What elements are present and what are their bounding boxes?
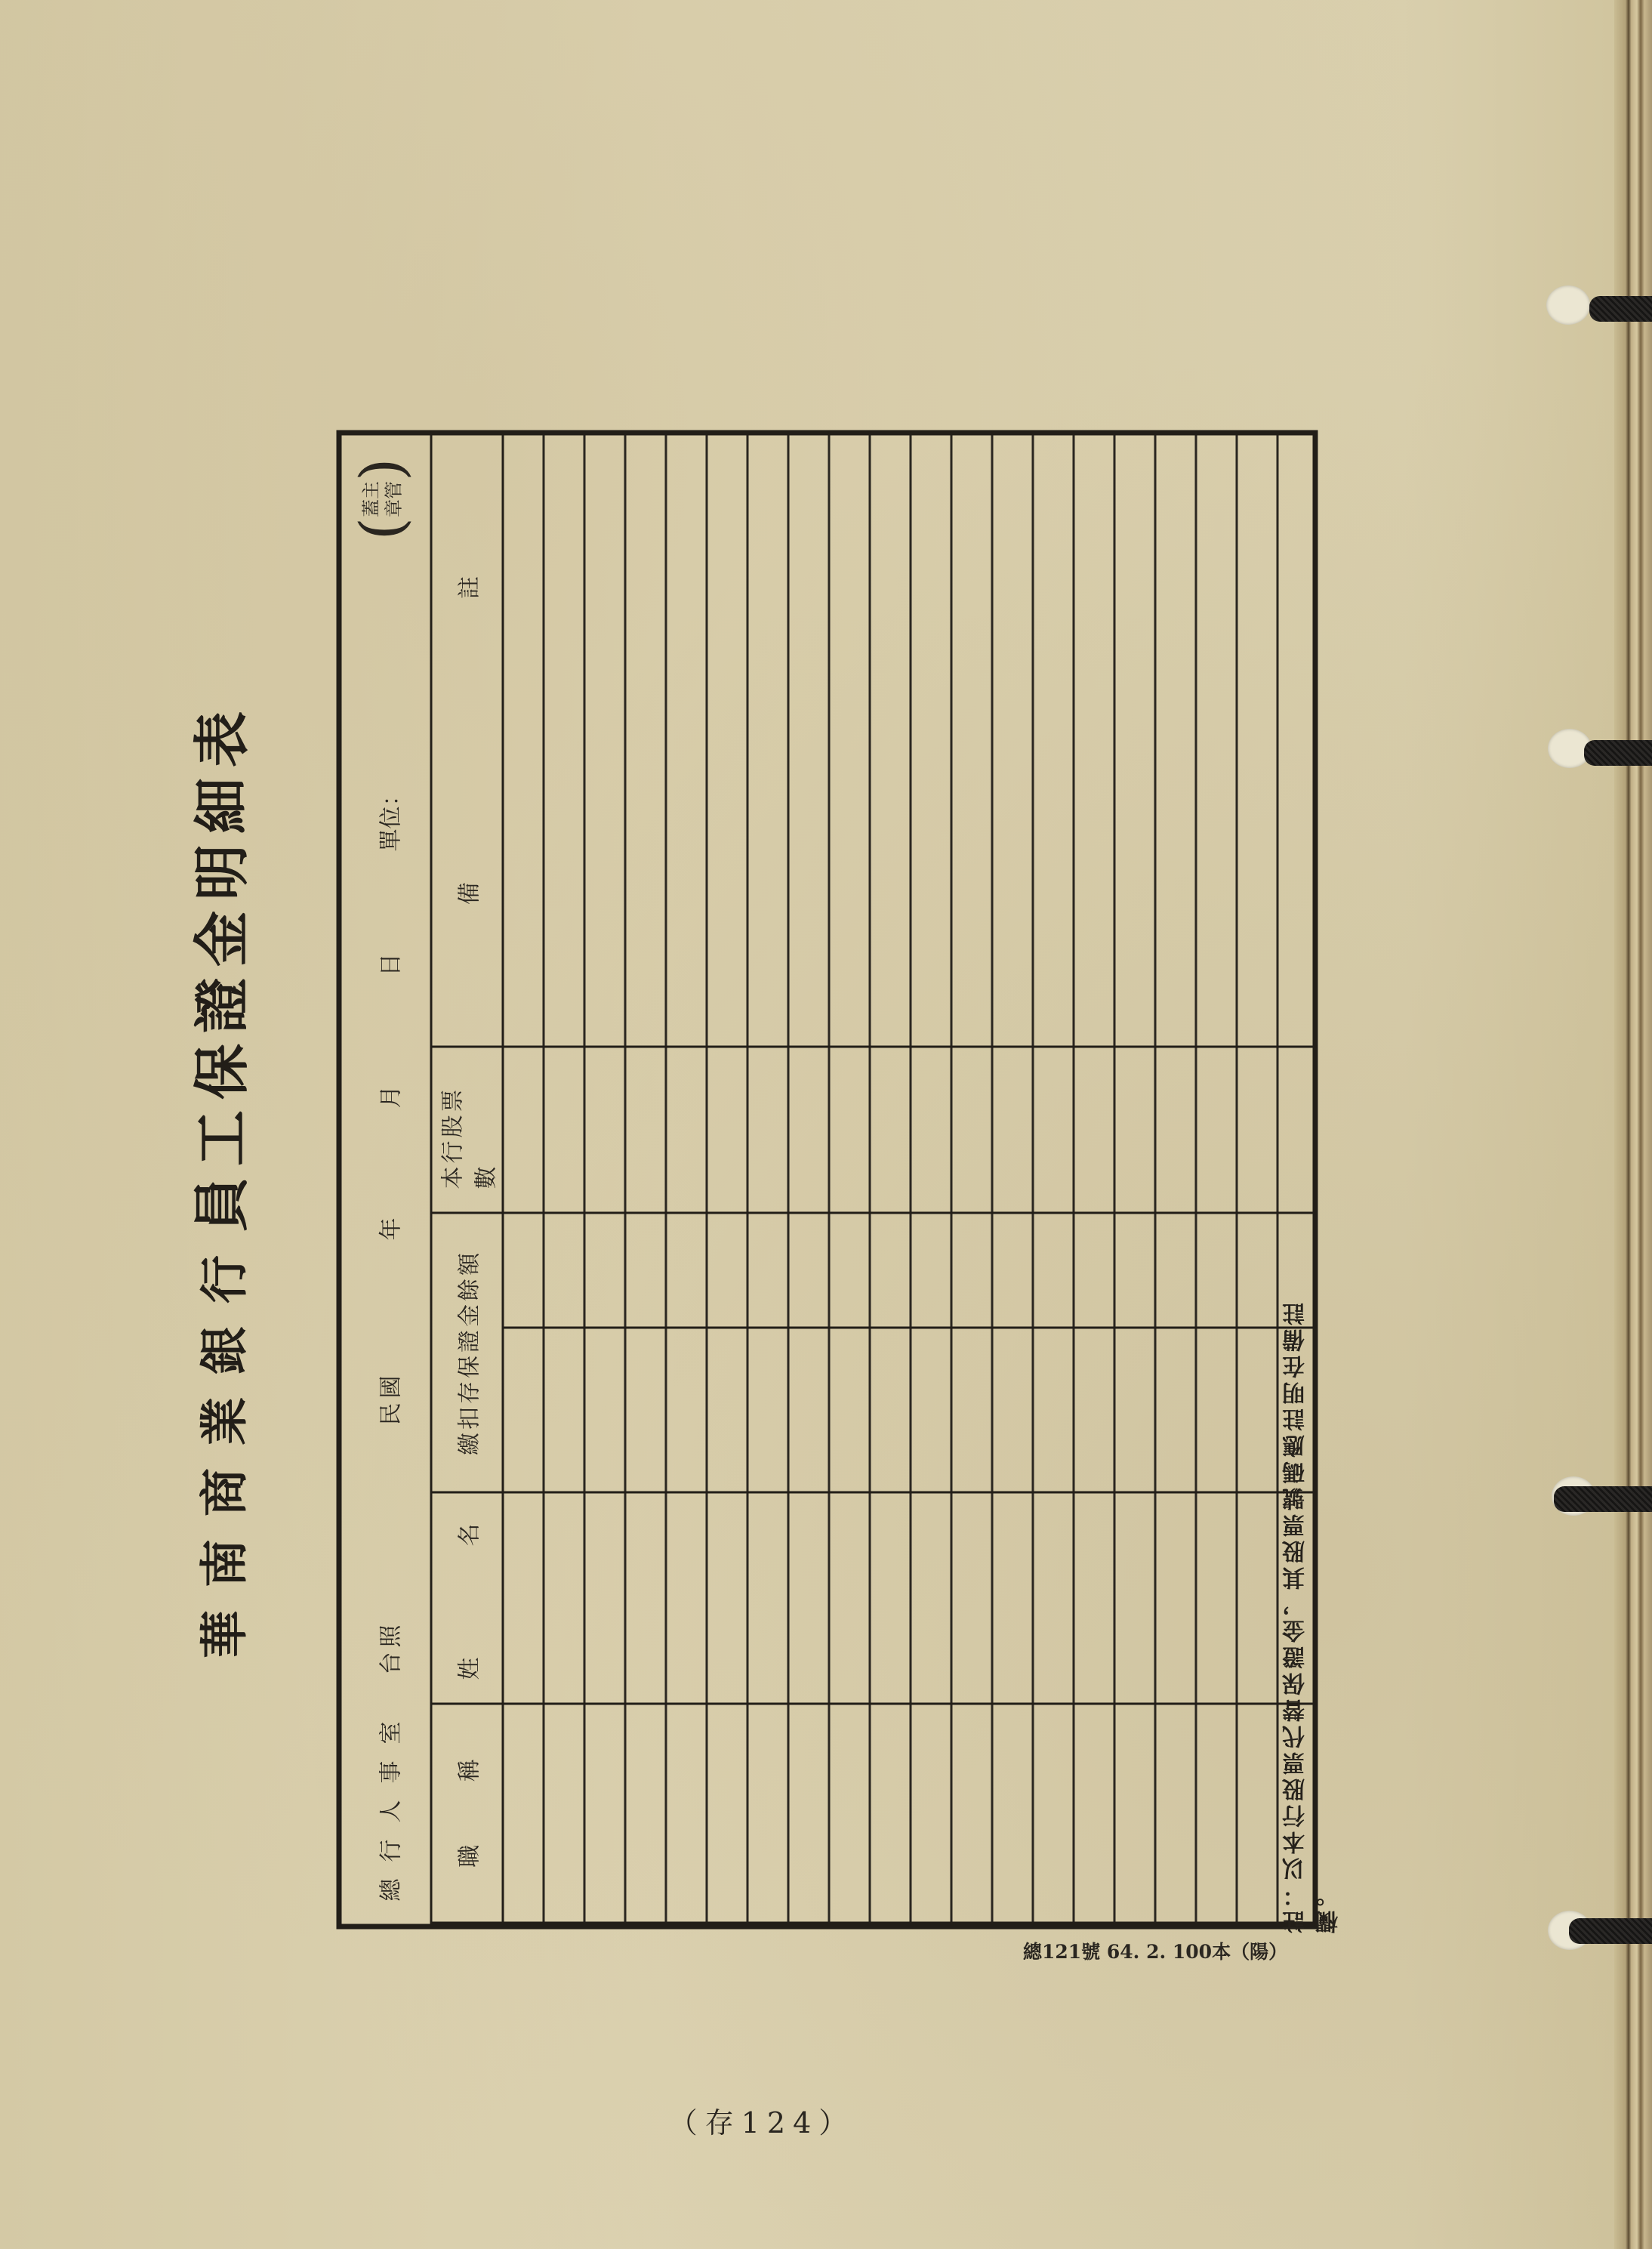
column-name: 姓 名	[432, 1494, 1312, 1705]
addressee-suffix: 台照	[371, 1621, 405, 1675]
binding-cord	[1569, 1918, 1652, 1944]
column-bank-shares: 本行股票數	[432, 1048, 1312, 1214]
year-label: 年	[371, 1218, 405, 1241]
binding-cord	[1589, 296, 1652, 322]
data-rows	[504, 436, 1312, 1046]
footnote: 註：以本行股票代替保證金，其股票號碼應註明在備註欄。	[1280, 1254, 1346, 1933]
guarantee-deposit-form: 華南商業銀行員工保證金明細表 總行人事室 台照 民國 年 月 日 單位： ( 蓋…	[336, 430, 1318, 1930]
supervisor-stamp-label: ( 蓋主 章管 )	[353, 458, 411, 541]
form-title: 華南商業銀行員工保證金明細表	[177, 430, 257, 1930]
column-title: 職 稱	[432, 1705, 1312, 1924]
page-number: （存124）	[0, 2099, 1652, 2141]
data-rows	[504, 1705, 1312, 1922]
binding-cord	[1554, 1486, 1652, 1512]
data-rows	[504, 1494, 1312, 1703]
data-rows	[504, 1048, 1312, 1212]
column-header-remarks: 備 註	[432, 436, 504, 1046]
unit-label: 單位：	[371, 784, 405, 852]
day-label: 日	[371, 954, 405, 976]
column-header-deposit-balance: 繳扣存保證金餘額	[432, 1214, 504, 1492]
column-header-name: 姓 名	[432, 1494, 504, 1703]
header-band: 總行人事室 台照 民國 年 月 日 單位： ( 蓋主 章管 )	[341, 436, 432, 1924]
deposit-table: 總行人事室 台照 民國 年 月 日 單位： ( 蓋主 章管 ) 職	[336, 430, 1318, 1930]
binding-hole	[1546, 285, 1590, 325]
bank-name: 華南商業銀行	[197, 1232, 253, 1658]
form-name: 員工保證金明細表	[190, 701, 254, 1232]
month-label: 月	[371, 1086, 405, 1109]
book-spine	[1614, 0, 1652, 2249]
form-code: 總121號 64. 2. 100本（陽）	[1023, 1937, 1287, 1964]
addressee: 總行人事室	[371, 1705, 405, 1902]
column-deposit-balance: 繳扣存保證金餘額	[432, 1214, 1312, 1494]
era-label: 民國	[371, 1371, 405, 1426]
supervisor-stamp-area: ( 蓋主 章管 )	[341, 436, 430, 591]
data-rows	[504, 1214, 1312, 1492]
binding-cord	[1584, 740, 1652, 766]
column-header-title: 職 稱	[432, 1705, 504, 1922]
column-subdivider	[504, 1327, 1312, 1329]
column-remarks: 備 註	[432, 436, 1312, 1048]
column-header-bank-shares: 本行股票數	[432, 1048, 504, 1212]
